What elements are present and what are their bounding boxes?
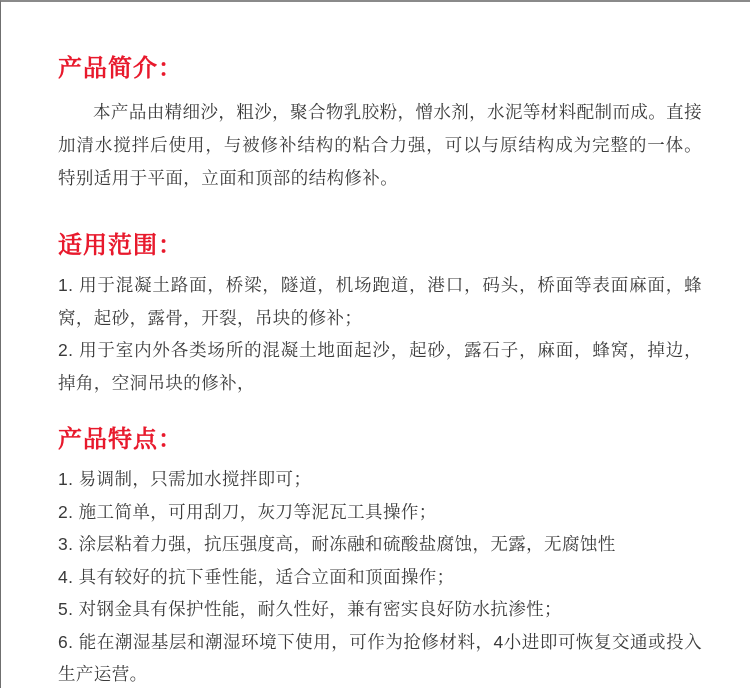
section-product-intro: 产品简介： 本产品由精细沙，粗沙，聚合物乳胶粉，憎水剂，水泥等材料配制而成。直接…: [58, 52, 702, 195]
page-content: 产品简介： 本产品由精细沙，粗沙，聚合物乳胶粉，憎水剂，水泥等材料配制而成。直接…: [1, 2, 750, 688]
application-scope-item: 1. 用于混凝土路面，桥梁，隧道，机场跑道，港口，码头，桥面等表面麻面，蜂窝，起…: [58, 269, 702, 334]
product-feature-item: 4. 具有较好的抗下垂性能，适合立面和顶面操作；: [58, 561, 702, 594]
product-feature-item: 3. 涂层粘着力强，抗压强度高，耐冻融和硫酸盐腐蚀，无露，无腐蚀性: [58, 528, 702, 561]
product-intro-paragraph: 本产品由精细沙，粗沙，聚合物乳胶粉，憎水剂，水泥等材料配制而成。直接加清水搅拌后…: [58, 96, 702, 195]
product-intro-heading: 产品简介：: [58, 52, 702, 86]
product-description-page: 产品简介： 本产品由精细沙，粗沙，聚合物乳胶粉，憎水剂，水泥等材料配制而成。直接…: [0, 0, 750, 688]
product-feature-item: 2. 施工简单，可用刮刀，灰刀等泥瓦工具操作；: [58, 496, 702, 529]
application-scope-item: 2. 用于室内外各类场所的混凝土地面起沙，起砂，露石子，麻面，蜂窝，掉边，掉角，…: [58, 334, 702, 399]
application-scope-list: 1. 用于混凝土路面，桥梁，隧道，机场跑道，港口，码头，桥面等表面麻面，蜂窝，起…: [58, 269, 702, 399]
product-feature-item: 1. 易调制，只需加水搅拌即可；: [58, 463, 702, 496]
product-feature-item: 6. 能在潮湿基层和潮湿环境下使用，可作为抢修材料，4小进即可恢复交通或投入生产…: [58, 626, 702, 688]
application-scope-heading: 适用范围：: [58, 229, 702, 263]
product-features-heading: 产品特点：: [58, 423, 702, 457]
product-features-list: 1. 易调制，只需加水搅拌即可； 2. 施工简单，可用刮刀，灰刀等泥瓦工具操作；…: [58, 463, 702, 688]
section-application-scope: 适用范围： 1. 用于混凝土路面，桥梁，隧道，机场跑道，港口，码头，桥面等表面麻…: [58, 229, 702, 399]
product-feature-item: 5. 对钢金具有保护性能，耐久性好，兼有密实良好防水抗渗性；: [58, 593, 702, 626]
section-product-features: 产品特点： 1. 易调制，只需加水搅拌即可； 2. 施工简单，可用刮刀，灰刀等泥…: [58, 423, 702, 688]
